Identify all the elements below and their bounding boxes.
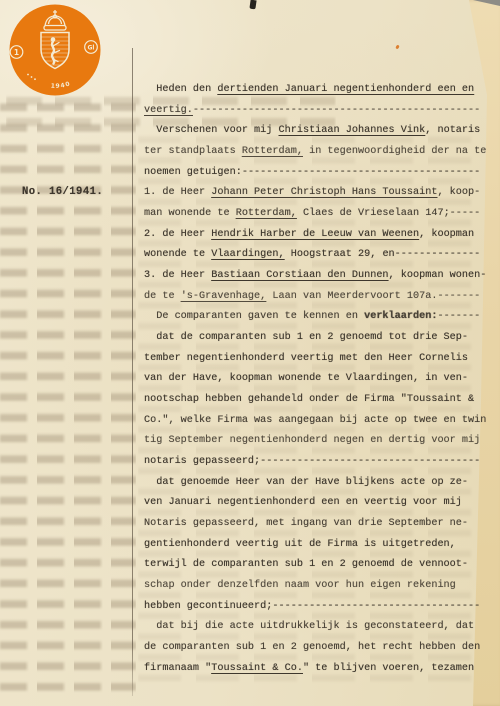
- document-line: terwijl de comparanten sub 1 en 2 genoem…: [144, 555, 496, 576]
- document-line: wonende te Vlaardingen, Hoogstraat 29, e…: [144, 245, 496, 266]
- document-line: Co.", welke Firma was aangegaan bij acte…: [144, 411, 496, 432]
- document-line: gentienhonderd veertig uit de Firma is u…: [144, 535, 496, 556]
- document-text: Heden den dertienden Januari negentienho…: [144, 80, 496, 679]
- document-line: de te 's-Gravenhage, Laan van Meerdervoo…: [144, 287, 496, 308]
- document-line: De comparanten gaven te kennen en verkla…: [144, 307, 496, 328]
- document-line: dat bij die acte uitdrukkelijk is gecons…: [144, 617, 496, 638]
- deed-number: No. 16/1941.: [22, 186, 103, 198]
- svg-text:1: 1: [14, 48, 19, 57]
- document-line: Verschenen voor mij Christiaan Johannes …: [144, 121, 496, 142]
- document-line: 2. de Heer Hendrik Harber de Leeuw van W…: [144, 225, 496, 246]
- document-line: veertig.--------------------------------…: [144, 101, 496, 122]
- document-line: firmanaam "Toussaint & Co." te blijven v…: [144, 659, 496, 680]
- document-line: de comparanten sub 1 en 2 genoemd, het r…: [144, 638, 496, 659]
- document-line: van der Have, koopman wonende te Vlaardi…: [144, 369, 496, 390]
- document-line: dat genoemde Heer van der Have blijkens …: [144, 473, 496, 494]
- top-edge-mark: [249, 0, 256, 9]
- document-line: notaris gepasseerd;---------------------…: [144, 452, 496, 473]
- document-line: 3. de Heer Bastiaan Corstiaan den Dunnen…: [144, 266, 496, 287]
- revenue-stamp-seal: 1 Gl 1940: [6, 3, 103, 98]
- document-line: ter standplaats Rotterdam, in tegenwoord…: [144, 142, 496, 163]
- margin-rule: [132, 48, 133, 696]
- document-line: tember negentienhonderd veertig met den …: [144, 349, 496, 370]
- document-line: hebben gecontinueerd;-------------------…: [144, 597, 496, 618]
- svg-text:Gl: Gl: [88, 45, 95, 52]
- document-line: schap onder denzelfden naam voor hun eig…: [144, 576, 496, 597]
- document-line: dat de comparanten sub 1 en 2 genoemd to…: [144, 328, 496, 349]
- document-line: ven Januari negentienhonderd een en veer…: [144, 493, 496, 514]
- document-line: noemen getuigen:------------------------…: [144, 163, 496, 184]
- notarial-deed-page: No. 16/1941. 1: [0, 0, 500, 706]
- document-line: tig September negentienhonderd negen en …: [144, 431, 496, 452]
- document-line: man wonende te Rotterdam, Claes de Vries…: [144, 204, 496, 225]
- document-line: Heden den dertienden Januari negentienho…: [144, 80, 496, 101]
- document-line: nootschap hebben gehandeld onder de Firm…: [144, 390, 496, 411]
- document-line: 1. de Heer Johann Peter Christoph Hans T…: [144, 183, 496, 204]
- ink-speck: [395, 45, 400, 50]
- document-line: Notaris gepasseerd, met ingang van drie …: [144, 514, 496, 535]
